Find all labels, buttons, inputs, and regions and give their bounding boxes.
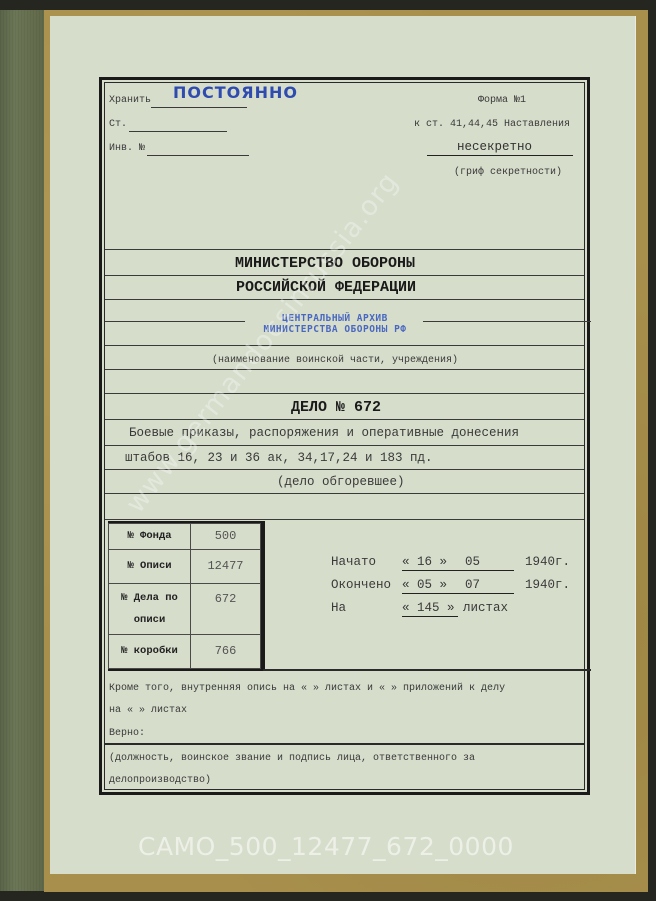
table-row: № коробки 766 <box>109 634 261 668</box>
fond-value: 500 <box>191 524 261 550</box>
form-number: Форма №1 <box>478 95 526 106</box>
rule <box>105 393 584 394</box>
started-day: « 16 » <box>402 555 447 569</box>
verified-label: Верно: <box>109 728 145 739</box>
rule <box>105 419 584 420</box>
st-label: Ст. <box>109 119 127 130</box>
archive-reference-table: № Фонда 500 № Описи 12477 № Дела по опис… <box>108 521 265 671</box>
responsible-line1: (должность, воинское звание и подпись ли… <box>109 753 475 764</box>
keep-underline <box>151 107 247 108</box>
inv-underline <box>147 155 249 156</box>
rule <box>105 249 584 250</box>
started-year: 1940г. <box>525 555 570 569</box>
started-label: Начато <box>331 555 376 569</box>
sheets-label: На <box>331 601 346 615</box>
rule <box>105 445 584 446</box>
ended-month: 07 <box>465 578 480 592</box>
fond-label: № Фонда <box>109 524 191 550</box>
case-title: ДЕЛО № 672 <box>291 399 381 416</box>
org-line1: МИНИСТЕРСТВО ОБОРОНЫ <box>235 255 415 272</box>
rule <box>105 345 584 346</box>
opis-value: 12477 <box>191 549 261 583</box>
rule <box>105 743 584 745</box>
rule <box>402 593 514 594</box>
case-description-line1: Боевые приказы, распоряжения и оперативн… <box>129 426 519 440</box>
folder-spine <box>0 10 50 891</box>
table-row: № Описи 12477 <box>109 549 261 583</box>
archive-stamp: ЦЕНТРАЛЬНЫЙ АРХИВ МИНИСТЕРСТВА ОБОРОНЫ Р… <box>255 313 415 335</box>
box-value: 766 <box>191 634 261 668</box>
inventory-line: Кроме того, внутренняя опись на « » лист… <box>109 683 505 694</box>
delo-value: 672 <box>191 583 261 634</box>
case-note: (дело обгоревшее) <box>277 475 405 489</box>
rule <box>105 369 584 370</box>
archive-stamp-line2: МИНИСТЕРСТВА ОБОРОНЫ РФ <box>255 324 415 335</box>
form-reference: к ст. 41,44,45 Наставления <box>414 119 570 130</box>
rule <box>402 616 458 617</box>
scanned-document: Хранить ПОСТОЯННО Ст. Инв. № Форма №1 к … <box>0 0 656 901</box>
delo-label: № Дела по описи <box>109 583 191 634</box>
case-description-line2: штабов 16, 23 и 36 ак, 34,17,24 и 183 пд… <box>125 451 433 465</box>
started-month: 05 <box>465 555 480 569</box>
box-label: № коробки <box>109 634 191 668</box>
unit-caption: (наименование воинской части, учреждения… <box>212 355 458 366</box>
opis-label: № Описи <box>109 549 191 583</box>
rule <box>105 321 245 322</box>
rule <box>105 299 584 300</box>
secrecy-value: несекретно <box>457 140 532 154</box>
keep-stamp: ПОСТОЯННО <box>173 83 298 102</box>
keep-label: Хранить <box>109 95 151 106</box>
table-row: № Дела по описи 672 <box>109 583 261 634</box>
responsible-line2: делопроизводство) <box>109 775 211 786</box>
table-row: № Фонда 500 <box>109 524 261 550</box>
rule <box>105 519 584 520</box>
st-underline <box>129 131 227 132</box>
rule <box>105 469 584 470</box>
rule <box>263 669 591 671</box>
ended-year: 1940г. <box>525 578 570 592</box>
form-frame: Хранить ПОСТОЯННО Ст. Инв. № Форма №1 к … <box>99 77 590 795</box>
archive-stamp-line1: ЦЕНТРАЛЬНЫЙ АРХИВ <box>255 313 415 324</box>
sheets-unit: листах <box>463 601 508 615</box>
org-line2: РОССИЙСКОЙ ФЕДЕРАЦИИ <box>236 279 416 296</box>
rule <box>423 321 591 322</box>
file-id-label: CAMO_500_12477_672_0000 <box>138 832 514 861</box>
inv-label: Инв. № <box>109 143 145 154</box>
sheets-line: на « » листах <box>109 705 187 716</box>
rule <box>402 570 514 571</box>
ended-label: Окончено <box>331 578 391 592</box>
ended-day: « 05 » <box>402 578 447 592</box>
secrecy-caption: (гриф секретности) <box>454 167 562 178</box>
secrecy-underline <box>427 155 573 156</box>
sheets-count: « 145 » <box>402 601 455 615</box>
rule <box>105 493 584 494</box>
rule <box>105 275 584 276</box>
